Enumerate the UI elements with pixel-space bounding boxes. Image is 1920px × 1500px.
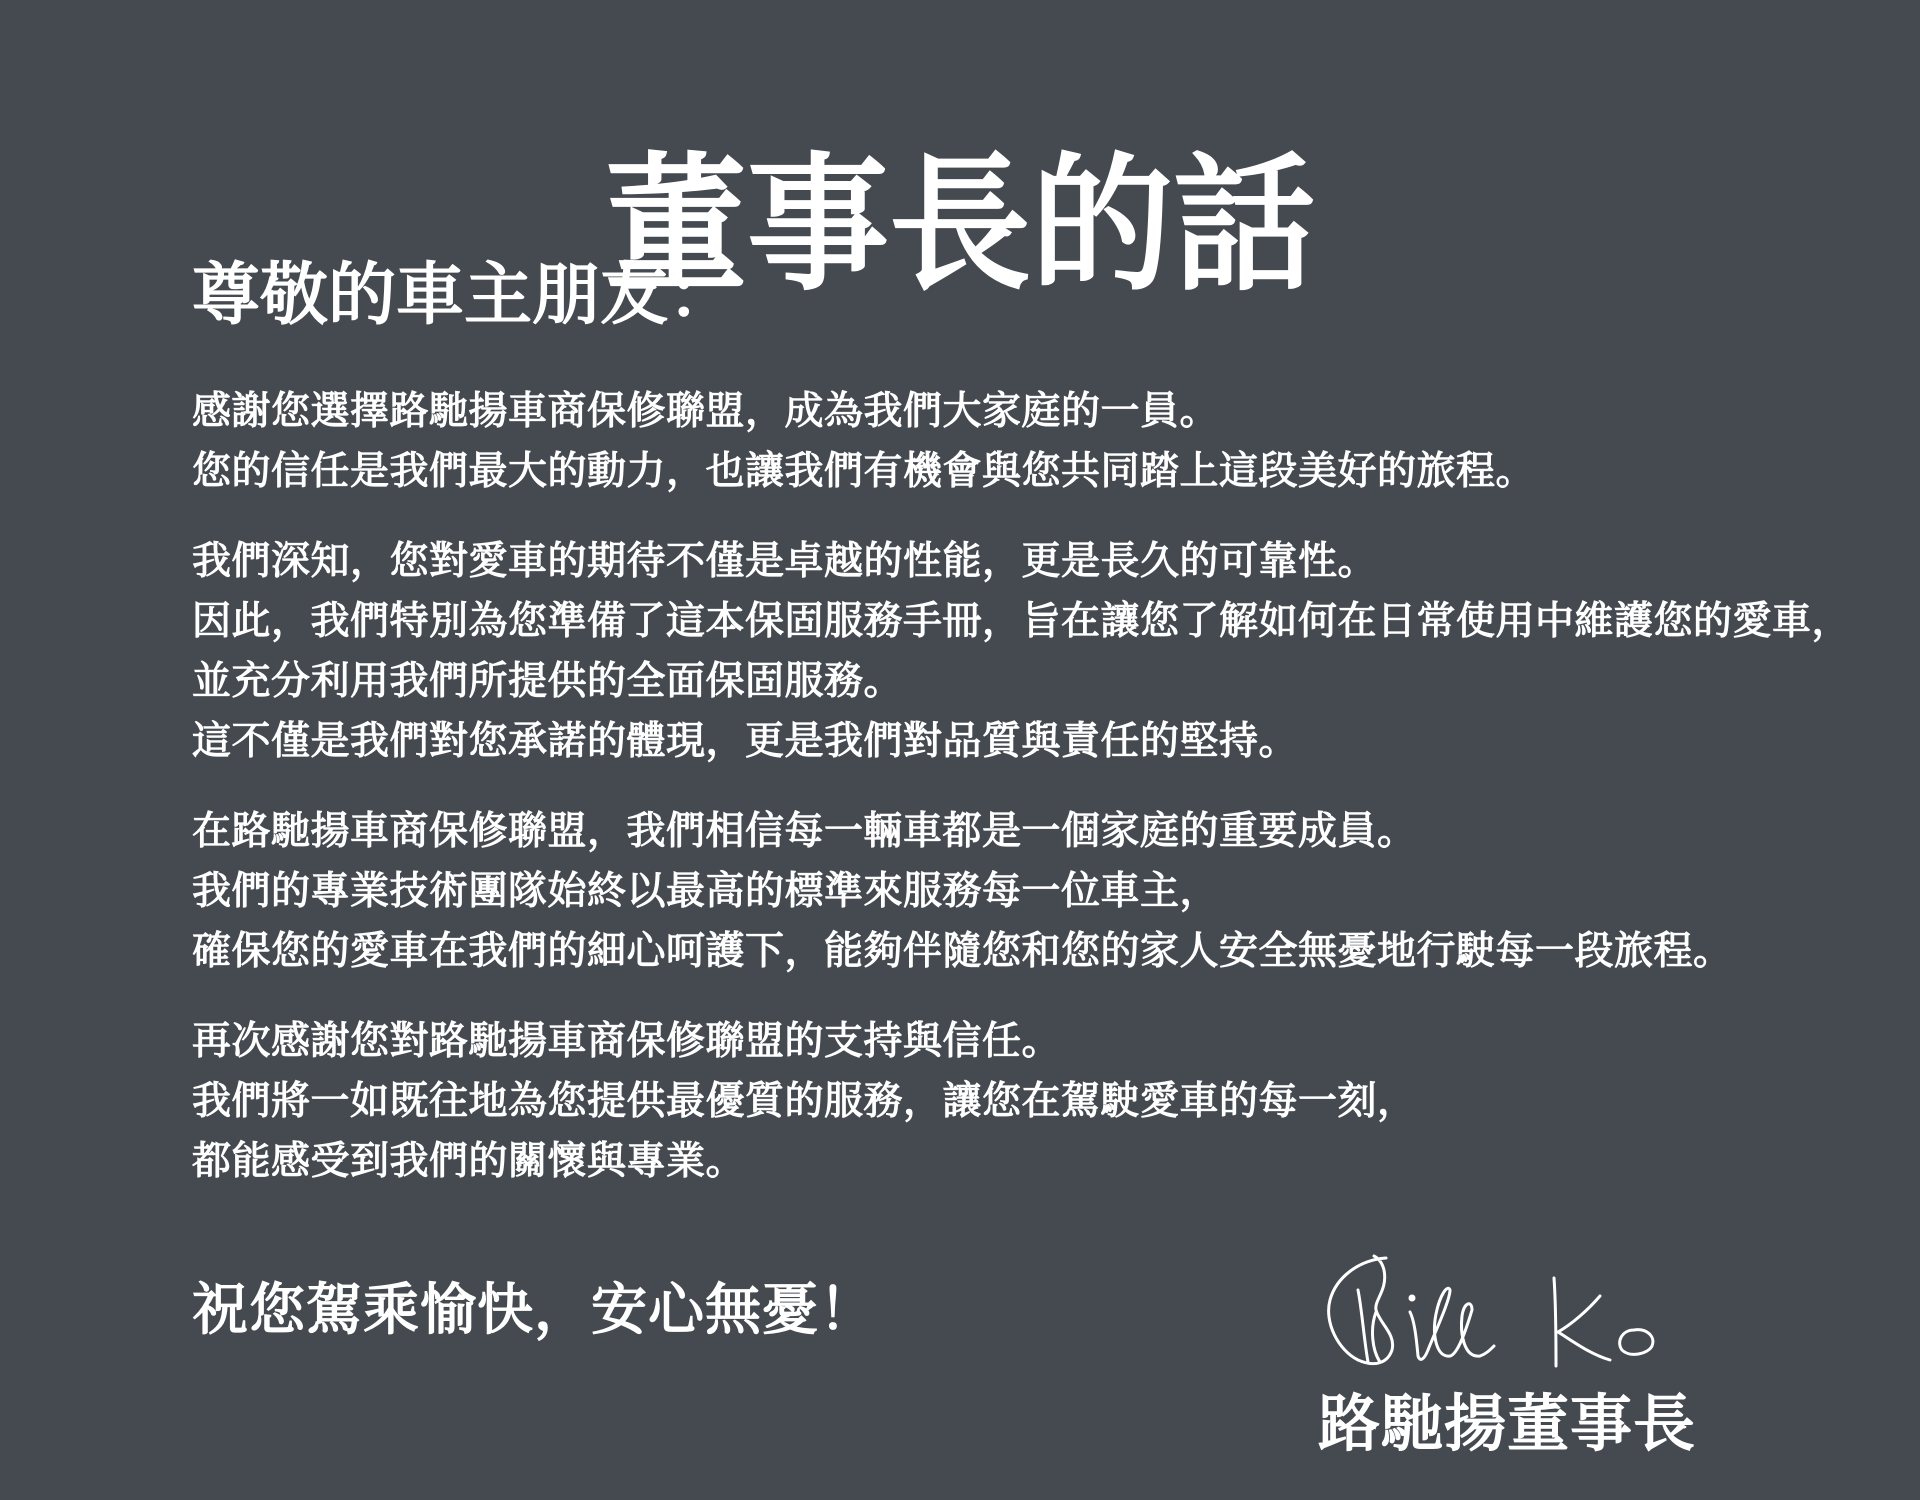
paragraph-2: 我們深知，您對愛車的期待不僅是卓越的性能，更是長久的可靠性。 因此，我們特別為您… xyxy=(192,531,1912,771)
paragraph-line: 因此，我們特別為您準備了這本保固服務手冊，旨在讓您了解如何在日常使用中維護您的愛… xyxy=(192,591,1912,651)
closing-wish: 祝您駕乘愉快，安心無憂！ xyxy=(192,1268,876,1352)
paragraph-line: 我們的專業技術團隊始終以最高的標準來服務每一位車主， xyxy=(192,861,1912,921)
paragraph-line: 我們將一如既往地為您提供最優質的服務，讓您在駕駛愛車的每一刻， xyxy=(192,1071,1912,1131)
paragraph-line: 這不僅是我們對您承諾的體現，更是我們對品質與責任的堅持。 xyxy=(192,711,1912,771)
paragraph-line: 確保您的愛車在我們的細心呵護下，能夠伴隨您和您的家人安全無憂地行駛每一段旅程。 xyxy=(192,921,1912,981)
paragraph-line: 感謝您選擇路馳揚車商保修聯盟，成為我們大家庭的一員。 xyxy=(192,381,1912,441)
paragraph-3: 在路馳揚車商保修聯盟，我們相信每一輛車都是一個家庭的重要成員。 我們的專業技術團… xyxy=(192,801,1912,981)
paragraph-line: 在路馳揚車商保修聯盟，我們相信每一輛車都是一個家庭的重要成員。 xyxy=(192,801,1912,861)
paragraph-4: 再次感謝您對路馳揚車商保修聯盟的支持與信任。 我們將一如既往地為您提供最優質的服… xyxy=(192,1011,1912,1191)
paragraph-line: 再次感謝您對路馳揚車商保修聯盟的支持與信任。 xyxy=(192,1011,1912,1071)
letter-body: 感謝您選擇路馳揚車商保修聯盟，成為我們大家庭的一員。 您的信任是我們最大的動力，… xyxy=(192,381,1912,1221)
paragraph-1: 感謝您選擇路馳揚車商保修聯盟，成為我們大家庭的一員。 您的信任是我們最大的動力，… xyxy=(192,381,1912,501)
greeting: 尊敬的車主朋友： xyxy=(192,252,736,338)
handwritten-signature-icon xyxy=(1318,1250,1678,1380)
paragraph-line: 都能感受到我們的關懷與專業。 xyxy=(192,1131,1912,1191)
paragraph-line: 我們深知，您對愛車的期待不僅是卓越的性能，更是長久的可靠性。 xyxy=(192,531,1912,591)
signer-title: 路馳揚董事長 xyxy=(1318,1382,1696,1466)
paragraph-line: 您的信任是我們最大的動力，也讓我們有機會與您共同踏上這段美好的旅程。 xyxy=(192,441,1912,501)
paragraph-line: 並充分利用我們所提供的全面保固服務。 xyxy=(192,651,1912,711)
signature-block: 路馳揚董事長 xyxy=(1318,1250,1738,1480)
